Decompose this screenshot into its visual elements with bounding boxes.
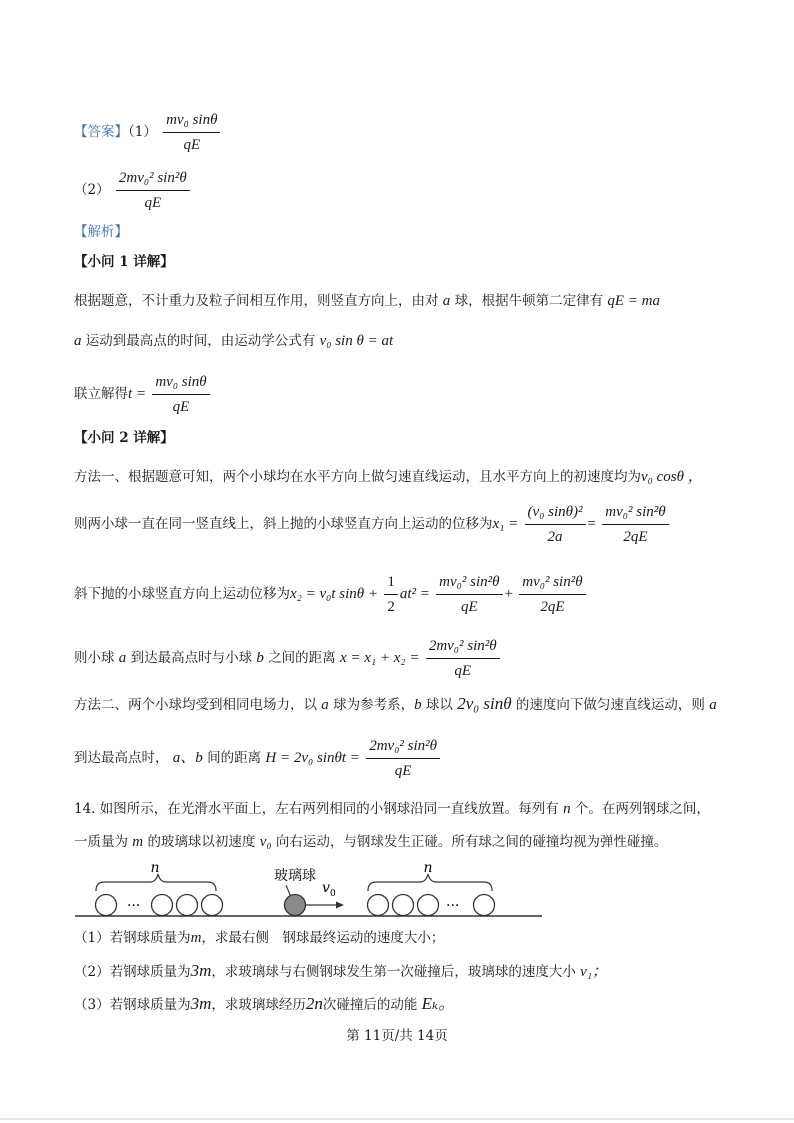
steel-ball-icon (368, 895, 389, 916)
q1-line2: a 运动到最高点的时间，由运动学公式有 v₀ sin θ = at (74, 331, 393, 351)
arrow-head-icon (336, 902, 344, 909)
q14-sub3: （3）若钢球质量为3m，求玻璃球经历2n次碰撞后的动能 Eₖ。 (74, 994, 455, 1015)
steel-ball-icon (202, 895, 223, 916)
steel-ball-icon (152, 895, 173, 916)
x2-fraction-1: mv₀² sin²θ qE (436, 572, 502, 617)
steel-ball-icon (393, 895, 414, 916)
method1-line4: 则小球 a 到达最高点时与小球 b 之间的距离 x = x₁ + x₂ = 2m… (74, 636, 502, 681)
steel-ball-icon (177, 895, 198, 916)
svg-text:v: v (322, 880, 330, 896)
half-fraction: 1 2 (384, 572, 398, 617)
t-fraction: mv₀ sinθ qE (152, 372, 209, 417)
glass-ball-icon (285, 895, 306, 916)
q1-line3: 联立解得t = mv₀ sinθ qE (74, 372, 212, 417)
bottom-divider (0, 1118, 794, 1120)
analysis-label: 【解析】 (74, 222, 128, 242)
method1-line1: 方法一、根据题意可知，两个小球均在水平方向上做匀速直线运动，且水平方向上的初速度… (74, 467, 703, 487)
right-brace-icon (368, 874, 492, 891)
answer-part1: 【答案】（1） mv₀ sinθ qE (74, 110, 222, 155)
answer-part2: （2） 2mv₀² sin²θ qE (74, 168, 192, 213)
x1-fraction-1: (v₀ sinθ)² 2a (525, 502, 586, 547)
answer-label: 【答案】 (74, 124, 128, 140)
document-page: 【答案】（1） mv₀ sinθ qE （2） 2mv₀² sin²θ qE 【… (0, 0, 794, 1123)
part1-prefix: （1） (128, 124, 157, 140)
balls-figure: n ··· 玻璃球 v 0 n ··· (70, 858, 550, 920)
method1-line3: 斜下抛的小球竖直方向上运动位移为x₂ = v₀t sinθ + 1 2 at² … (74, 572, 588, 617)
method2-line1: 方法二、两个小球均受到相同电场力，以 a 球为参考系，b 球以 2v₀ sinθ… (74, 694, 717, 715)
x1-fraction-2: mv₀² sin²θ 2qE (602, 502, 668, 547)
part2-prefix: （2） (74, 182, 110, 198)
x-fraction: 2mv₀² sin²θ qE (426, 636, 500, 681)
svg-text:n: n (150, 860, 159, 876)
x2-fraction-2: mv₀² sin²θ 2qE (519, 572, 585, 617)
svg-text:玻璃球: 玻璃球 (274, 867, 316, 884)
H-fraction: 2mv₀² sin²θ qE (366, 736, 440, 781)
q14-line1: 14. 如图所示，在光滑水平面上，左右两列相同的小钢球沿同一直线放置。每列有 n… (74, 799, 710, 819)
steel-ball-icon (96, 895, 117, 916)
steel-ball-icon (418, 895, 439, 916)
q14-line2: 一质量为 m 的玻璃球以初速度 v₀ 向右运动，与钢球发生正碰。所有球之间的碰撞… (74, 832, 667, 852)
steel-ball-icon (474, 895, 495, 916)
answer2-fraction: 2mv₀² sin²θ qE (116, 168, 190, 213)
svg-text:···: ··· (446, 898, 459, 914)
answer1-fraction: mv₀ sinθ qE (163, 110, 220, 155)
svg-text:n: n (423, 860, 432, 876)
q2-heading: 【小问 2 详解】 (74, 428, 174, 448)
method1-line2: 则两小球一直在同一竖直线上，斜上抛的小球竖直方向上运动的位移为x₁ = (v₀ … (74, 502, 671, 547)
left-brace-icon (96, 874, 216, 891)
page-indicator: 第 11页/共 14页 (0, 1024, 794, 1044)
method2-line2: 到达最高点时， a、b 间的距离 H = 2v₀ sinθt = 2mv₀² s… (74, 736, 442, 781)
q14-sub2: （2）若钢球质量为3m，求玻璃球与右侧钢球发生第一次碰撞后，玻璃球的速度大小 v… (74, 961, 607, 982)
svg-text:0: 0 (330, 889, 336, 899)
q1-heading: 【小问 1 详解】 (74, 252, 174, 272)
svg-text:···: ··· (127, 898, 140, 914)
q14-sub1: （1）若钢球质量为m，求最右侧 钢球最终运动的速度大小； (74, 928, 444, 948)
q1-line1: 根据题意，不计重力及粒子间相互作用，则竖直方向上，由对 a 球，根据牛顿第二定律… (74, 291, 660, 311)
